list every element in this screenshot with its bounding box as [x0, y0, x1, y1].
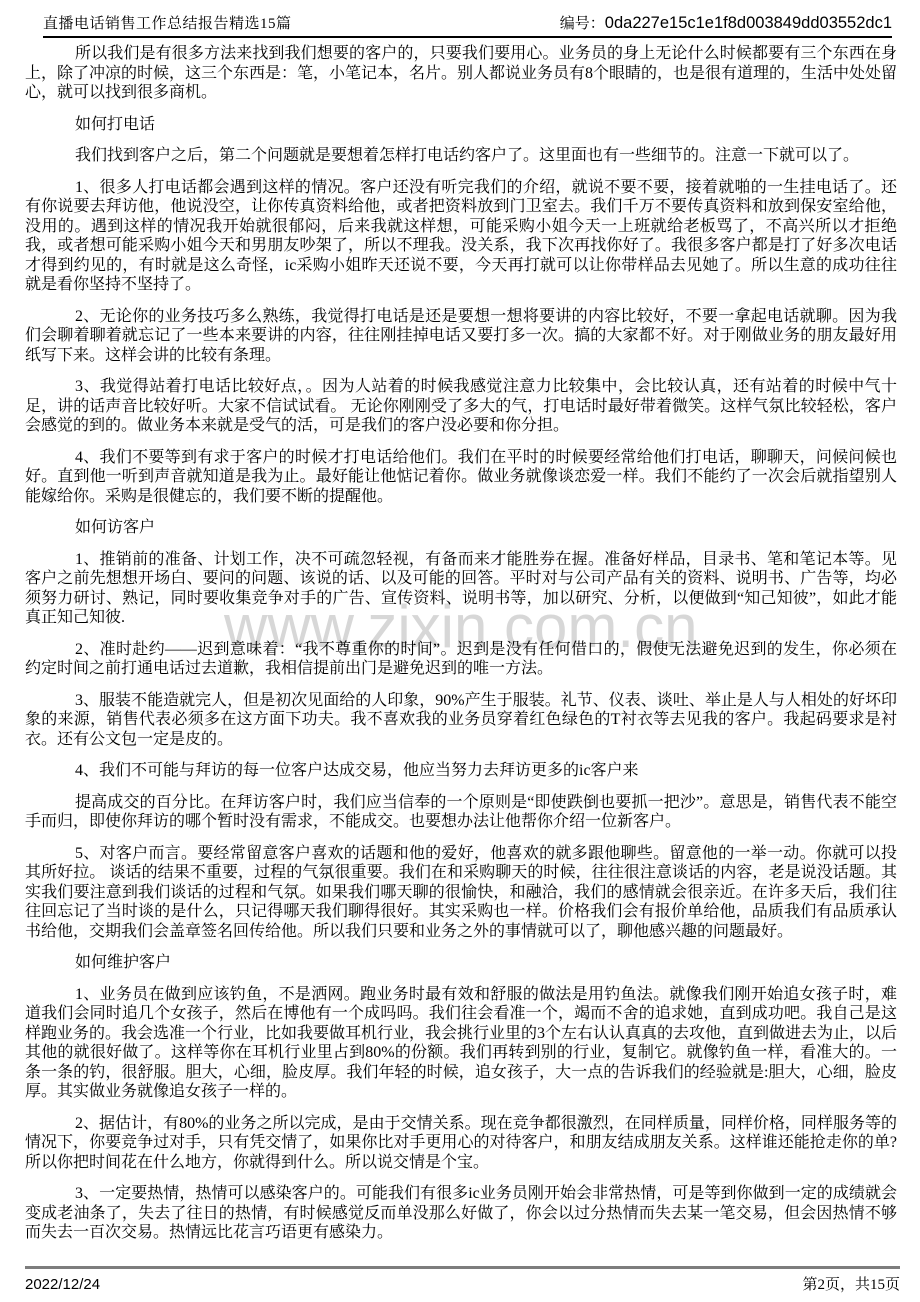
section-heading: 如何打电话 [25, 115, 897, 135]
paragraph: 2、无论你的业务技巧多么熟练，我觉得打电话是还是要想一想将要讲的内容比较好，不要… [25, 307, 897, 366]
paragraph: 所以我们是有很多方法来找到我们想要的客户的，只要我们要用心。业务员的身上无论什么… [25, 44, 897, 103]
document-id-value: 0da227e15c1e1f8d003849dd03552dc1 [605, 14, 892, 32]
paragraph: 4、我们不要等到有求于客户的时候才打电话给他们。我们在平时的时候要经常给他们打电… [25, 448, 897, 507]
document-title: 直播电话销售工作总结报告精选15篇 [43, 12, 292, 33]
paragraph: 3、一定要热情，热情可以感染客户的。可能我们有很多ic业务员刚开始会非常热情，可… [25, 1184, 897, 1243]
paragraph: 2、准时赴约——迟到意味着：“我不尊重你的时间”。迟到是没有任何借口的，假使无法… [25, 640, 897, 679]
paragraph: 4、我们不可能与拜访的每一位客户达成交易，他应当努力去拜访更多的ic客户来 [25, 761, 897, 781]
section-heading: 如何访客户 [25, 518, 897, 538]
document-body: 所以我们是有很多方法来找到我们想要的客户的，只要我们要用心。业务员的身上无论什么… [25, 44, 897, 1255]
paragraph: 1、很多人打电话都会遇到这样的情况。客户还没有听完我们的介绍，就说不要不要，接着… [25, 178, 897, 295]
section-heading: 如何维护客户 [25, 953, 897, 973]
page-header: 直播电话销售工作总结报告精选15篇 编号：0da227e15c1e1f8d003… [43, 12, 892, 38]
document-page: 直播电话销售工作总结报告精选15篇 编号：0da227e15c1e1f8d003… [0, 0, 920, 1302]
paragraph: 2、据估计，有80%的业务之所以完成，是由于交情关系。现在竞争都很激烈，在同样质… [25, 1114, 897, 1173]
paragraph: 5、对客户而言。要经常留意客户喜欢的话题和他的爱好，他喜欢的就多跟他聊些。留意他… [25, 844, 897, 942]
paragraph: 我们找到客户之后，第二个问题就是要想着怎样打电话约客户了。这里面也有一些细节的。… [25, 146, 897, 166]
paragraph: 1、业务员在做到应该钓鱼，不是洒网。跑业务时最有效和舒服的做法是用钓鱼法。就像我… [25, 985, 897, 1102]
document-id: 编号：0da227e15c1e1f8d003849dd03552dc1 [560, 12, 892, 33]
paragraph: 1、推销前的准备、计划工作，决不可疏忽轻视，有备而来才能胜券在握。准备好样品，目… [25, 550, 897, 628]
document-id-label: 编号： [560, 16, 605, 32]
footer-date: 2022/12/24 [25, 1276, 100, 1293]
paragraph: 3、我觉得站着打电话比较好点，。因为人站着的时候我感觉注意力比较集中，会比较认真… [25, 377, 897, 436]
page-footer: 2022/12/24 第2页，共15页 [25, 1266, 900, 1294]
paragraph: 3、服装不能造就完人，但是初次见面给的人印象，90%产生于服装。礼节、仪表、谈吐… [25, 691, 897, 750]
footer-page-number: 第2页，共15页 [802, 1273, 900, 1294]
paragraph: 提高成交的百分比。在拜访客户时，我们应当信奉的一个原则是“即使跌倒也要抓一把沙”… [25, 793, 897, 832]
